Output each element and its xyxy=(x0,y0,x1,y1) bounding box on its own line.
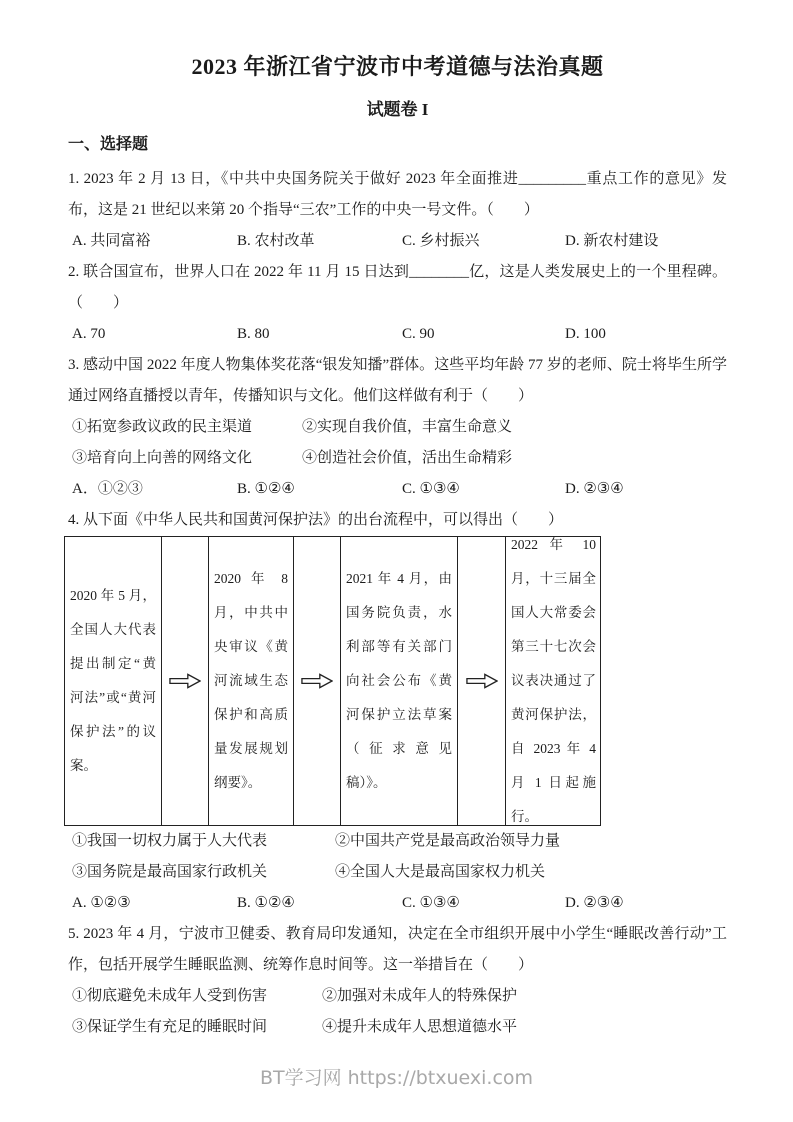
option-b: B. 农村改革 xyxy=(237,226,402,257)
option-c: C. 90 xyxy=(402,319,565,350)
question-3: 3. 感动中国 2022 年度人物集体奖花落“银发知播”群体。这些平均年龄 77… xyxy=(68,350,727,505)
subitem-4: ④提升未成年人思想道德水平 xyxy=(322,1012,517,1043)
subitems-row: ①拓宽参政议政的民主渠道 ②实现自我价值，丰富生命意义 xyxy=(68,412,727,443)
law-flow-table: 2020 年 5 月，全国人大代表提出制定“黄河法”或“黄河保护法”的议案。 2… xyxy=(64,536,601,826)
flow-step-2: 2020 年 8 月，中共中央审议《黄河流域生态保护和高质量发展规划纲要》。 xyxy=(208,537,293,825)
options-row: A. 共同富裕 B. 农村改革 C. 乡村振兴 D. 新农村建设 xyxy=(68,226,727,257)
subitems-row: ③保证学生有充足的睡眠时间 ④提升未成年人思想道德水平 xyxy=(68,1012,727,1043)
option-c: C. ①③④ xyxy=(402,888,565,919)
watermark-footer: BT学习网 https://btxuexi.com xyxy=(0,1066,793,1090)
subitems-row: ①我国一切权力属于人大代表 ②中国共产党是最高政治领导力量 xyxy=(68,826,727,857)
flow-step-1: 2020 年 5 月，全国人大代表提出制定“黄河法”或“黄河保护法”的议案。 xyxy=(65,537,161,825)
flow-step-4: 2022 年 10 月，十三届全国人大常委会第三十七次会议表决通过了黄河保护法，… xyxy=(505,537,601,825)
subitem-1: ①彻底避免未成年人受到伤害 xyxy=(72,981,322,1012)
option-c: C. 乡村振兴 xyxy=(402,226,565,257)
subitem-2: ②加强对未成年人的特殊保护 xyxy=(322,981,517,1012)
option-c: C. ①③④ xyxy=(402,474,565,505)
subitem-3: ③保证学生有充足的睡眠时间 xyxy=(72,1012,322,1043)
subitem-3: ③国务院是最高国家行政机关 xyxy=(72,857,335,888)
option-d: D. 100 xyxy=(565,319,727,350)
question-4: 4. 从下面《中华人民共和国黄河保护法》的出台流程中，可以得出（ ） 2020 … xyxy=(68,505,727,919)
question-stem: 3. 感动中国 2022 年度人物集体奖花落“银发知播”群体。这些平均年龄 77… xyxy=(68,350,727,412)
subitems-row: ③培育向上向善的网络文化 ④创造社会价值，活出生命精彩 xyxy=(68,443,727,474)
question-1: 1. 2023 年 2 月 13 日，《中共中央国务院关于做好 2023 年全面… xyxy=(68,164,727,257)
subitems-row: ①彻底避免未成年人受到伤害 ②加强对未成年人的特殊保护 xyxy=(68,981,727,1012)
option-a: A. ①②③ xyxy=(72,888,237,919)
question-stem: 1. 2023 年 2 月 13 日，《中共中央国务院关于做好 2023 年全面… xyxy=(68,164,727,226)
options-row: A. 70 B. 80 C. 90 D. 100 xyxy=(68,319,727,350)
subitem-4: ④全国人大是最高国家权力机关 xyxy=(335,857,545,888)
option-a: A. 70 xyxy=(72,319,237,350)
option-d: D. ②③④ xyxy=(565,888,727,919)
flow-arrow-icon xyxy=(161,537,208,825)
question-stem: 2. 联合国宣布，世界人口在 2022 年 11 月 15 日达到_______… xyxy=(68,257,727,319)
flow-arrow-icon xyxy=(457,537,505,825)
subitem-1: ①拓宽参政议政的民主渠道 xyxy=(72,412,302,443)
subitem-3: ③培育向上向善的网络文化 xyxy=(72,443,302,474)
paper-subtitle: 试题卷 I xyxy=(68,98,727,122)
options-row: A．①②③ B. ①②④ C. ①③④ D. ②③④ xyxy=(68,474,727,505)
option-b: B. ①②④ xyxy=(237,888,402,919)
question-stem: 5. 2023 年 4 月，宁波市卫健委、教育局印发通知，决定在全市组织开展中小… xyxy=(68,919,727,981)
question-stem: 4. 从下面《中华人民共和国黄河保护法》的出台流程中，可以得出（ ） xyxy=(68,505,727,536)
exam-paper-page: 2023 年浙江省宁波市中考道德与法治真题 试题卷 I 一、选择题 1. 202… xyxy=(0,0,793,1122)
subitem-2: ②中国共产党是最高政治领导力量 xyxy=(335,826,560,857)
page-title: 2023 年浙江省宁波市中考道德与法治真题 xyxy=(68,52,727,82)
page-content: 2023 年浙江省宁波市中考道德与法治真题 试题卷 I 一、选择题 1. 202… xyxy=(0,0,793,1043)
option-b: B. 80 xyxy=(237,319,402,350)
option-a: A．①②③ xyxy=(72,474,237,505)
option-b: B. ①②④ xyxy=(237,474,402,505)
subitem-2: ②实现自我价值，丰富生命意义 xyxy=(302,412,512,443)
option-d: D. 新农村建设 xyxy=(565,226,727,257)
flow-arrow-icon xyxy=(293,537,340,825)
options-row: A. ①②③ B. ①②④ C. ①③④ D. ②③④ xyxy=(68,888,727,919)
flow-step-3: 2021 年 4 月，由国务院负责，水利部等有关部门向社会公布《黄河保护立法草案… xyxy=(340,537,457,825)
subitem-1: ①我国一切权力属于人大代表 xyxy=(72,826,335,857)
question-2: 2. 联合国宣布，世界人口在 2022 年 11 月 15 日达到_______… xyxy=(68,257,727,350)
option-d: D. ②③④ xyxy=(565,474,727,505)
subitems-row: ③国务院是最高国家行政机关 ④全国人大是最高国家权力机关 xyxy=(68,857,727,888)
subitem-4: ④创造社会价值，活出生命精彩 xyxy=(302,443,512,474)
section-heading: 一、选择题 xyxy=(68,132,727,158)
question-5: 5. 2023 年 4 月，宁波市卫健委、教育局印发通知，决定在全市组织开展中小… xyxy=(68,919,727,1043)
option-a: A. 共同富裕 xyxy=(72,226,237,257)
